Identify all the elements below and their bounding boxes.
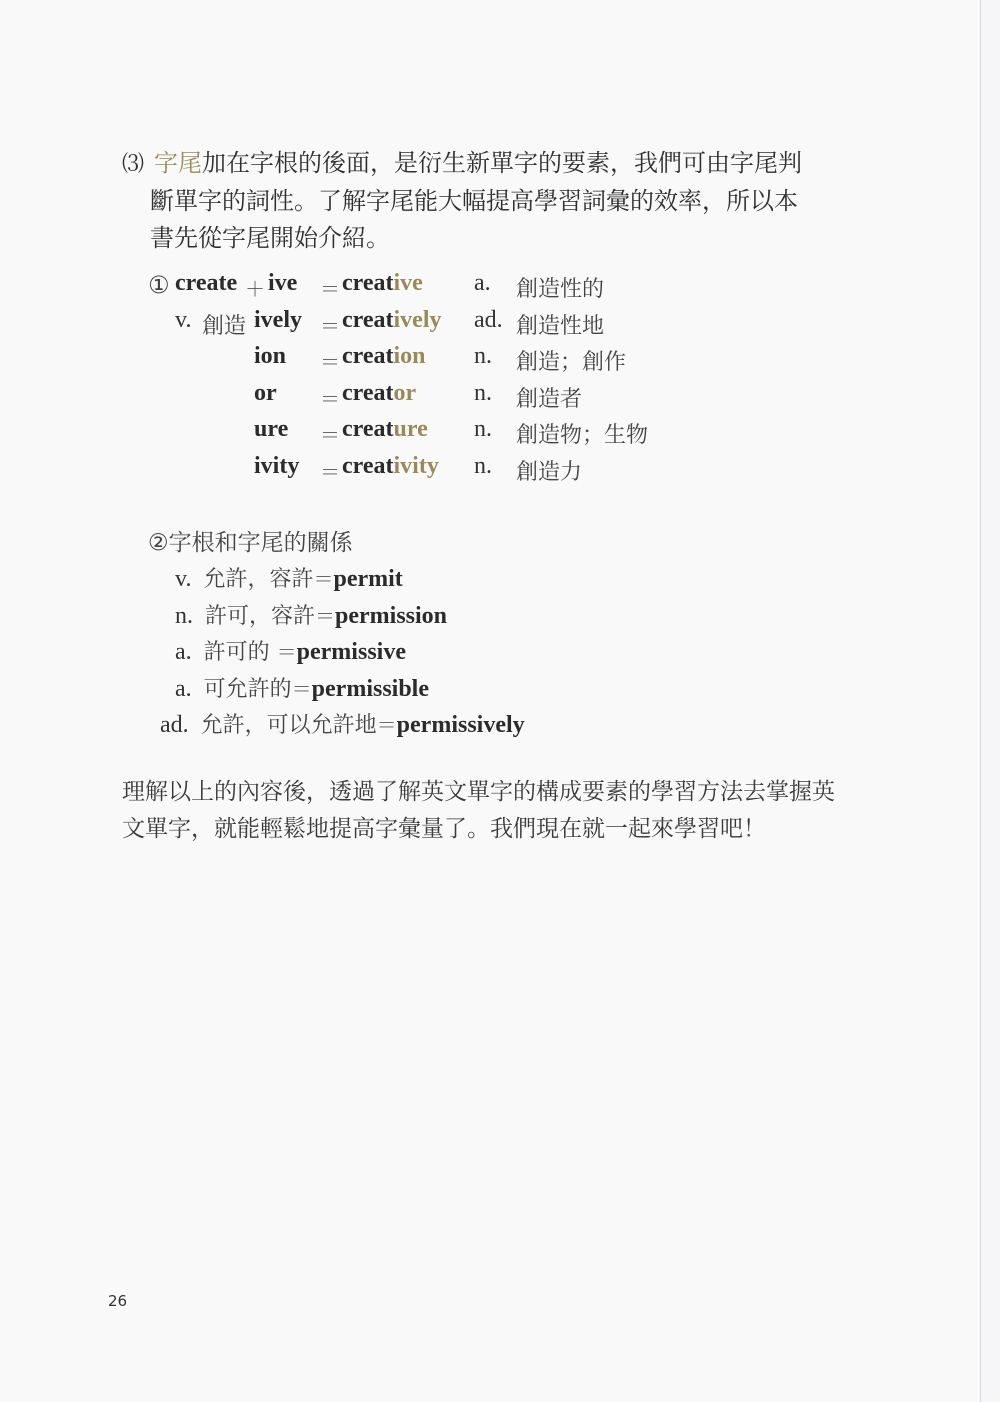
- suffix: ively: [254, 307, 302, 334]
- equals-sign: ＝: [320, 310, 340, 339]
- suffix: ure: [254, 416, 288, 443]
- part-of-speech: n.: [474, 343, 492, 370]
- equals-sign: ＝: [292, 677, 312, 701]
- part-of-speech: a.: [175, 639, 192, 665]
- word-stem: permis: [297, 639, 368, 665]
- word-suffix: ion: [394, 343, 426, 369]
- word-stem: creat: [342, 416, 394, 442]
- word-stem: creat: [342, 453, 394, 479]
- part-of-speech: n.: [175, 603, 193, 629]
- derived-word: creation: [342, 343, 426, 370]
- suffix: ion: [254, 343, 286, 370]
- item-number: ⑶: [122, 146, 154, 183]
- equals-sign: ＝: [320, 273, 340, 302]
- intro-paragraph: ⑶字尾加在字根的後面，是衍生新單字的要素，我們可由字尾判 斷單字的詞性。了解字尾…: [122, 145, 892, 257]
- word-suffix: ivity: [394, 453, 439, 479]
- list-item: ad. 允許，可以允許地＝permissively: [160, 708, 525, 744]
- intro-line-2: 斷單字的詞性。了解字尾能大幅提高學習詞彙的效率，所以本: [122, 183, 892, 220]
- meaning: 創造性地: [516, 309, 604, 340]
- word-stem: creat: [342, 307, 394, 333]
- page-number: 26: [108, 1292, 127, 1310]
- intro-line-3: 書先從字尾開始介紹。: [122, 220, 892, 257]
- word-stem: creat: [342, 343, 394, 369]
- word-suffix: ive: [394, 270, 423, 296]
- part-of-speech: a.: [175, 676, 192, 702]
- part-of-speech: ad.: [474, 307, 503, 334]
- part-of-speech: n.: [474, 380, 492, 407]
- word-stem: permis: [335, 603, 406, 629]
- meaning: 創造；創作: [516, 345, 626, 376]
- word-stem: creat: [342, 270, 394, 296]
- section-marker: ①: [148, 271, 170, 299]
- intro-line-1: ⑶字尾加在字根的後面，是衍生新單字的要素，我們可由字尾判: [122, 145, 892, 183]
- equals-sign: ＝: [320, 383, 340, 412]
- word-suffix: sion: [406, 603, 447, 629]
- part-of-speech: n.: [474, 453, 492, 480]
- equals-sign: ＝: [313, 567, 333, 591]
- word-suffix: ure: [394, 416, 428, 442]
- word-stem: permis: [397, 712, 468, 738]
- closing-line-2: 文單字，就能輕鬆地提高字彙量了。我們現在就一起來學習吧！: [122, 811, 892, 848]
- closing-paragraph: 理解以上的內容後，透過了解英文單字的構成要素的學習方法去掌握英 文單字，就能輕鬆…: [122, 774, 892, 848]
- part-of-speech: ad.: [160, 712, 189, 738]
- derived-word: creature: [342, 416, 428, 443]
- part-of-speech: v.: [175, 566, 191, 592]
- word-suffix: sive: [367, 639, 406, 665]
- equals-sign: ＝: [377, 713, 397, 737]
- list-item: n. 許可，容許＝permission: [175, 599, 447, 635]
- suffix: ivity: [254, 453, 299, 480]
- word-suffix: sively: [467, 712, 524, 738]
- word-stem: permis: [312, 676, 383, 702]
- word-stem: creat: [342, 380, 394, 406]
- equals-sign: ＝: [315, 604, 335, 628]
- meaning: 可允許的: [204, 677, 292, 702]
- derived-word: creatively: [342, 307, 442, 334]
- page-edge-margin: [981, 0, 1000, 1402]
- list-item: a. 許可的 ＝permissive: [175, 635, 406, 671]
- word-stem: permit: [333, 566, 402, 592]
- derived-word: creative: [342, 270, 423, 297]
- list-item: v. 允許，容許＝permit: [175, 562, 403, 598]
- part-of-speech: a.: [474, 270, 491, 297]
- word-suffix: ively: [394, 307, 442, 333]
- meaning: 創造力: [516, 455, 582, 486]
- word-suffix: or: [394, 380, 417, 406]
- meaning: 允許，容許: [203, 567, 313, 592]
- equals-sign: ＝: [320, 456, 340, 485]
- meaning: 創造者: [516, 382, 582, 413]
- suffix: or: [254, 380, 277, 407]
- highlight-term: 字尾: [154, 149, 202, 177]
- root-pos: v.: [175, 307, 191, 334]
- part-of-speech: n.: [474, 416, 492, 443]
- plus-sign: ＋: [245, 273, 265, 302]
- meaning: 許可，容許: [205, 604, 315, 629]
- meaning: 允許，可以允許地: [201, 713, 377, 738]
- meaning: 創造物；生物: [516, 418, 648, 449]
- list-item: a. 可允許的＝permissible: [175, 672, 429, 708]
- root-meaning: 創造: [202, 309, 246, 340]
- derived-word: creator: [342, 380, 416, 407]
- suffix: ive: [268, 270, 297, 297]
- equals-sign: ＝: [320, 419, 340, 448]
- equals-sign: ＝: [320, 346, 340, 375]
- intro-line-1-text: 加在字根的後面，是衍生新單字的要素，我們可由字尾判: [202, 149, 802, 177]
- meaning: 許可的: [204, 640, 277, 665]
- derived-word: creativity: [342, 453, 439, 480]
- word-suffix: sible: [382, 676, 429, 702]
- meaning: 創造性的: [516, 272, 604, 303]
- closing-line-1: 理解以上的內容後，透過了解英文單字的構成要素的學習方法去掌握英: [122, 774, 892, 811]
- equals-sign: ＝: [277, 640, 297, 664]
- section-title: ②字根和字尾的關係: [148, 524, 353, 560]
- root-word: create: [175, 270, 237, 297]
